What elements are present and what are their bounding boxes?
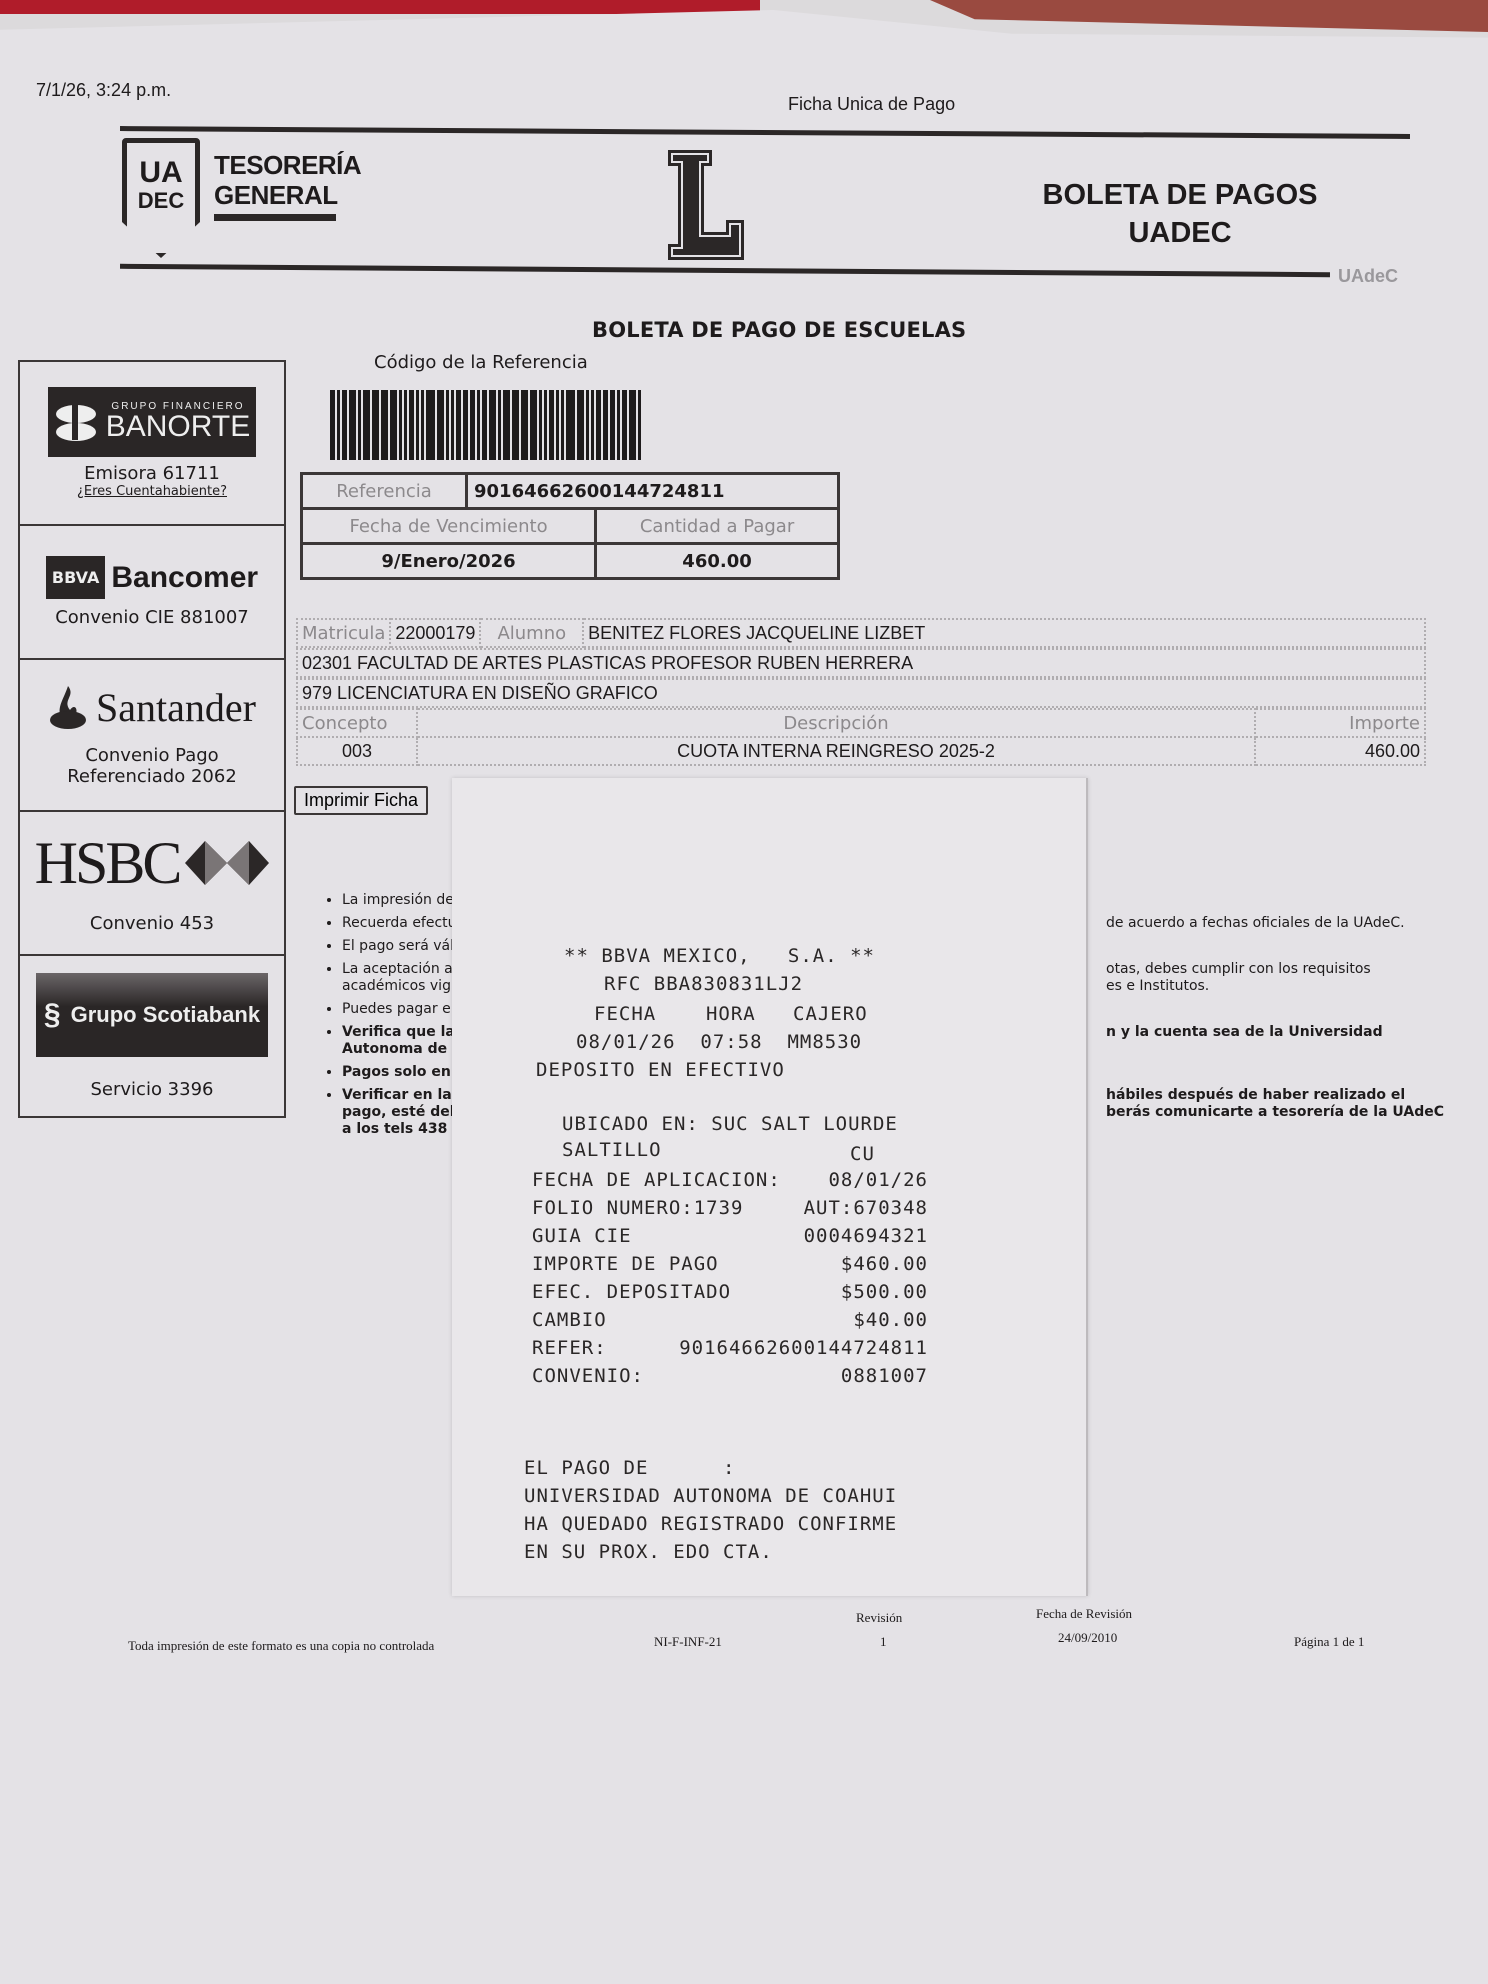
note-text-left: Verificar en la [342, 1087, 452, 1104]
receipt-line: FECHA DE APLICACION:08/01/26 [532, 1166, 928, 1194]
receipt-line: FOLIO NUMERO:1739AUT:670348 [532, 1194, 928, 1222]
receipt-line-value: $40.00 [853, 1306, 928, 1334]
bancomer-name: Bancomer [111, 561, 258, 595]
receipt-footer-line: EL PAGO DE : [524, 1454, 897, 1482]
scotiabank-s-icon: § [44, 998, 61, 1032]
footer-rev-date: 24/09/2010 [1058, 1630, 1117, 1646]
receipt-footer-line: EN SU PROX. EDO CTA. [524, 1538, 897, 1566]
title-line-2: UADEC [1010, 214, 1350, 252]
alumno-value: BENITEZ FLORES JACQUELINE LIZBET [583, 619, 1425, 647]
receipt-line: REFER:90164662600144724811 [532, 1334, 928, 1362]
santander-line1: Convenio Pago [85, 745, 218, 766]
bank-bancomer: BBVA Bancomer Convenio CIE 881007 [20, 526, 284, 660]
due-date-label: Fecha de Vencimiento [302, 509, 596, 544]
bank-scotiabank: § Grupo Scotiabank Servicio 3396 [20, 956, 284, 1116]
table-row: 003 CUOTA INTERNA REINGRESO 2025-2 460.0… [297, 737, 1425, 765]
receipt-line-label: GUIA CIE [532, 1222, 632, 1250]
santander-flame-icon [48, 684, 88, 730]
amount-value: 460.00 [596, 544, 839, 579]
receipt-line-label: EFEC. DEPOSITADO [532, 1278, 731, 1306]
footer-page: Página 1 de 1 [1294, 1634, 1364, 1650]
print-button[interactable]: Imprimir Ficha [294, 786, 428, 815]
big-l-logo-icon [664, 146, 748, 264]
uadec-watermark: UAdeC [1338, 266, 1398, 287]
col-importe: Importe [1255, 709, 1425, 737]
receipt-line-value: $460.00 [841, 1250, 928, 1278]
receipt-line-value: AUT:670348 [804, 1194, 928, 1222]
receipt-line: IMPORTE DE PAGO$460.00 [532, 1250, 928, 1278]
bbva-logo-icon: BBVA [46, 556, 105, 599]
facultad-value: 02301 FACULTAD DE ARTES PLASTICAS PROFES… [297, 649, 1425, 677]
carrera-value: 979 LICENCIATURA EN DISEÑO GRAFICO [297, 679, 1425, 707]
hsbc-convenio: Convenio 453 [90, 913, 214, 934]
receipt-bank: ** BBVA MEXICO, S.A. ** [564, 942, 875, 970]
student-info: Matricula 22000179 Alumno BENITEZ FLORES… [296, 618, 1426, 766]
scotiabank-name: Grupo Scotiabank [71, 1002, 260, 1028]
boleta-title: BOLETA DE PAGOS UADEC [1010, 176, 1350, 252]
office-line-1: TESORERÍA [214, 150, 361, 180]
background-brown-surface [930, 0, 1488, 32]
note-text-left: Pagos solo en [342, 1064, 451, 1081]
alumno-label: Alumno [480, 619, 583, 647]
receipt-footer: EL PAGO DE :UNIVERSIDAD AUTONOMA DE COAH… [524, 1454, 897, 1566]
banks-panel: GRUPO FINANCIERO BANORTE Emisora 61711 ¿… [18, 360, 286, 1118]
hsbc-hexagon-icon [185, 839, 269, 887]
reference-code-label: Código de la Referencia [374, 352, 588, 373]
receipt-line-value: $500.00 [841, 1278, 928, 1306]
print-timestamp: 7/1/26, 3:24 p.m. [36, 80, 171, 101]
receipt-line: GUIA CIE0004694321 [532, 1222, 928, 1250]
title-line-1: BOLETA DE PAGOS [1010, 176, 1350, 214]
amount-label: Cantidad a Pagar [596, 509, 839, 544]
bbva-deposit-receipt: ** BBVA MEXICO, S.A. ** RFC BBA830831LJ2… [452, 778, 1088, 1596]
receipt-line-value: 0881007 [841, 1362, 928, 1390]
note-text-left: La impresión de [342, 892, 454, 909]
receipt-line-label: CONVENIO: [532, 1362, 644, 1390]
ref-label: Referencia [302, 474, 467, 509]
note-text-left: La aceptación a [342, 961, 453, 978]
banorte-logo: GRUPO FINANCIERO BANORTE [48, 387, 256, 457]
row-descripcion: CUOTA INTERNA REINGRESO 2025-2 [417, 737, 1255, 765]
banorte-emisora: Emisora 61711 [84, 463, 220, 484]
receipt-line-label: CAMBIO [532, 1306, 607, 1334]
note-text-right: berás comunicarte a tesorería de la UAde… [1106, 1104, 1444, 1121]
receipt-cols: FECHA HORA CAJERO [594, 1000, 868, 1028]
scotiabank-servicio: Servicio 3396 [91, 1079, 214, 1100]
note-text-left: Puedes pagar e [342, 1001, 451, 1018]
note-text-left: Verifica que la [342, 1024, 455, 1041]
matricula-label: Matricula [297, 619, 390, 647]
footer-revision-label: Revisión [856, 1610, 902, 1626]
banorte-mark-icon [54, 402, 98, 442]
receipt-line-label: IMPORTE DE PAGO [532, 1250, 719, 1278]
tesoreria-label: TESORERÍA GENERAL [214, 150, 361, 210]
note-text-right: hábiles después de haber realizado el [1106, 1087, 1405, 1104]
note-text-left: pago, esté del [342, 1104, 455, 1121]
note-text-right: n y la cuenta sea de la Universidad [1106, 1024, 1383, 1041]
receipt-line: CAMBIO$40.00 [532, 1306, 928, 1334]
receipt-lines: FECHA DE APLICACION:08/01/26FOLIO NUMERO… [532, 1166, 928, 1390]
note-text-left: académicos vig [342, 978, 451, 995]
receipt-city-suffix: CU [850, 1140, 875, 1168]
note-text-left: Autonoma de [342, 1041, 447, 1058]
receipt-footer-line: HA QUEDADO REGISTRADO CONFIRME [524, 1510, 897, 1538]
hsbc-name: HSBC [35, 833, 180, 893]
note-text-left: a los tels 438 [342, 1121, 447, 1138]
note-text-left: Recuerda efectu [342, 915, 457, 932]
bank-santander: Santander Convenio Pago Referenciado 206… [20, 660, 284, 812]
receipt-line-label: REFER: [532, 1334, 607, 1362]
receipt-line: CONVENIO:0881007 [532, 1362, 928, 1390]
receipt-rfc: RFC BBA830831LJ2 [604, 970, 803, 998]
receipt-line-label: FOLIO NUMERO:1739 [532, 1194, 743, 1222]
col-concepto: Concepto [297, 709, 417, 737]
bank-hsbc: HSBC Convenio 453 [20, 812, 284, 956]
bank-banorte: GRUPO FINANCIERO BANORTE Emisora 61711 ¿… [20, 362, 284, 526]
shield-bottom-text: DEC [138, 187, 184, 215]
form-title: BOLETA DE PAGO DE ESCUELAS [592, 318, 966, 342]
receipt-line-value: 0004694321 [804, 1222, 928, 1250]
receipt-ubicado: UBICADO EN: SUC SALT LOURDE [562, 1110, 898, 1138]
receipt-footer-line: UNIVERSIDAD AUTONOMA DE COAHUI [524, 1482, 897, 1510]
reference-barcode [328, 390, 646, 460]
santander-name: Santander [96, 684, 256, 731]
cuentahabiente-link[interactable]: ¿Eres Cuentahabiente? [77, 484, 227, 499]
receipt-line: EFEC. DEPOSITADO$500.00 [532, 1278, 928, 1306]
concepts-table: Concepto Descripción Importe 003 CUOTA I… [296, 708, 1426, 766]
row-concepto: 003 [297, 737, 417, 765]
receipt-type: DEPOSITO EN EFECTIVO [536, 1056, 785, 1084]
scotiabank-logo: § Grupo Scotiabank [36, 973, 268, 1057]
bancomer-convenio: Convenio CIE 881007 [55, 607, 249, 628]
banorte-name: BANORTE [106, 412, 250, 442]
note-text-right: de acuerdo a fechas oficiales de la UAde… [1106, 915, 1405, 932]
footer-rev-date-label: Fecha de Revisión [1036, 1606, 1132, 1622]
receipt-line-label: FECHA DE APLICACION: [532, 1166, 781, 1194]
receipt-line-value: 90164662600144724811 [679, 1334, 928, 1362]
reference-table: Referencia 90164662600144724811 Fecha de… [300, 472, 840, 580]
col-descripcion: Descripción [417, 709, 1255, 737]
receipt-vals: 08/01/26 07:58 MM8530 [576, 1028, 862, 1056]
background-red-surface [0, 0, 760, 14]
footer-code: NI-F-INF-21 [654, 1634, 722, 1650]
print-page-title: Ficha Unica de Pago [788, 94, 955, 115]
footer-disclaimer: Toda impresión de este formato es una co… [128, 1638, 434, 1654]
ref-value: 90164662600144724811 [467, 474, 839, 509]
matricula-value: 22000179 [390, 619, 480, 647]
shield-top-text: UA [139, 159, 182, 187]
receipt-city: SALTILLO [562, 1136, 662, 1164]
receipt-line-value: 08/01/26 [828, 1166, 928, 1194]
tesoreria-underline [214, 214, 336, 221]
note-text-right: es e Institutos. [1106, 978, 1209, 995]
note-text-right: otas, debes cumplir con los requisitos [1106, 961, 1371, 978]
footer-revision: 1 [880, 1634, 887, 1650]
note-text-left: El pago será vál [342, 938, 454, 955]
due-date-value: 9/Enero/2026 [302, 544, 596, 579]
office-line-2: GENERAL [214, 180, 361, 210]
row-importe: 460.00 [1255, 737, 1425, 765]
santander-line2: Referenciado 2062 [67, 766, 237, 787]
